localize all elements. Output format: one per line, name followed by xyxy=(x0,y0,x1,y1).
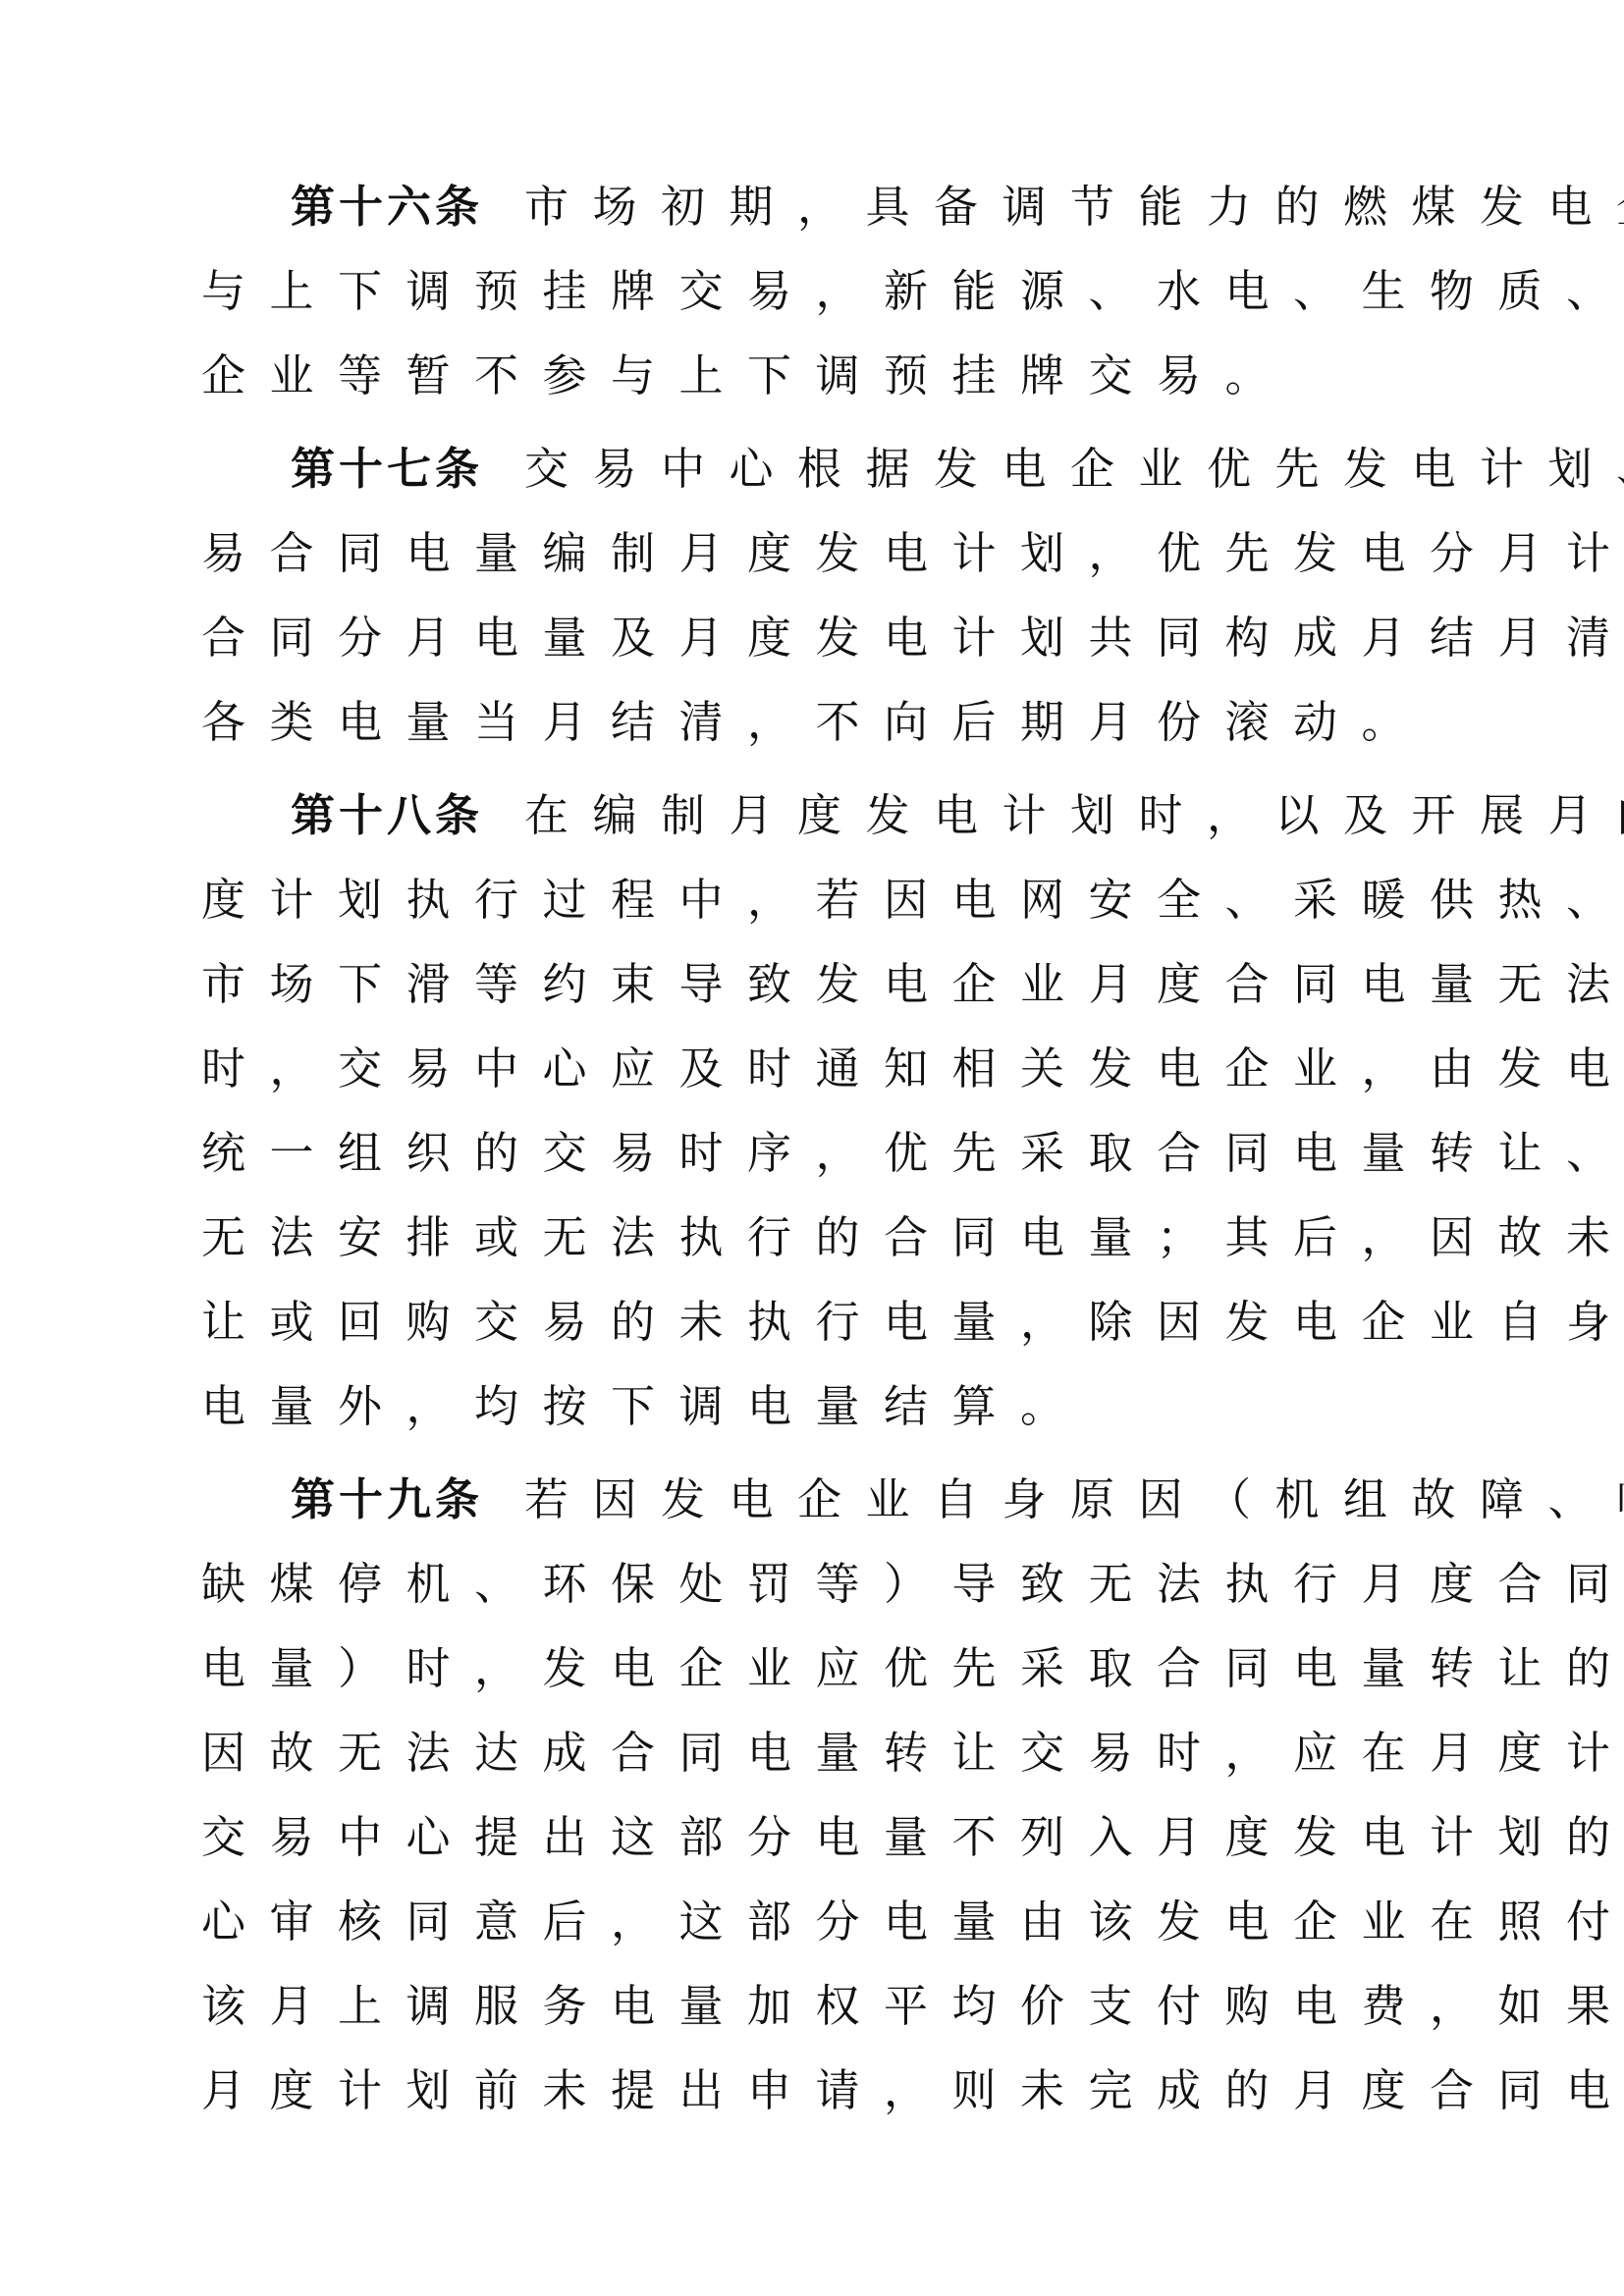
article-line: 电量外，均按下调电量结算。 xyxy=(201,1364,1440,1449)
article-line: 市场下滑等约束导致发电企业月度合同电量无法全额安排或执行 xyxy=(201,942,1440,1027)
article-19: 第十九条若因发电企业自身原因（机组故障、临时检修、 缺煤停机、环保处罚等）导致无… xyxy=(201,1458,1440,2133)
article-line: 统一组织的交易时序，优先采取合同电量转让、回购等方式处理 xyxy=(201,1111,1440,1196)
article-line: 让或回购交易的未执行电量，除因发电企业自身原因导致的少发 xyxy=(201,1280,1440,1364)
article-number: 第十八条 xyxy=(291,789,483,841)
article-line: 该月上调服务电量加权平均价支付购电费，如果发电企业在编制 xyxy=(201,1964,1440,2049)
article-line: 心审核同意后，这部分电量由该发电企业在照付不议基础上，按 xyxy=(201,1880,1440,1964)
article-line: 第十六条市场初期，具备调节能力的燃煤发电企业都须参 xyxy=(201,165,1440,249)
article-line: 与上下调预挂牌交易，新能源、水电、生物质、综合利用等发电 xyxy=(201,249,1440,334)
article-text: 若因发电企业自身原因（机组故障、临时检修、 xyxy=(524,1473,1624,1525)
article-line: 易合同电量编制月度发电计划，优先发电分月计划、市场化交易 xyxy=(201,511,1440,596)
article-16: 第十六条市场初期，具备调节能力的燃煤发电企业都须参 与上下调预挂牌交易，新能源、… xyxy=(201,165,1440,418)
article-18: 第十八条在编制月度发电计划时，以及开展月内交易后月 度计划执行过程中，若因电网安… xyxy=(201,774,1440,1449)
article-line: 企业等暂不参与上下调预挂牌交易。 xyxy=(201,334,1440,418)
article-text: 市场初期，具备调节能力的燃煤发电企业都须参 xyxy=(524,181,1624,233)
article-line: 第十八条在编制月度发电计划时，以及开展月内交易后月 xyxy=(201,774,1440,858)
article-line: 无法安排或无法执行的合同电量；其后，因故未达成合同电量转 xyxy=(201,1196,1440,1280)
article-number: 第十六条 xyxy=(291,181,483,233)
article-number: 第十七条 xyxy=(291,443,483,495)
article-line: 交易中心提出这部分电量不列入月度发电计划的申请，经交易中 xyxy=(201,1795,1440,1880)
article-line: 月度计划前未提出申请，则未完成的月度合同电量统一按少发电 xyxy=(201,2049,1440,2133)
article-line: 度计划执行过程中，若因电网安全、采暖供热、环保控煤、用电 xyxy=(201,858,1440,942)
article-text: 在编制月度发电计划时，以及开展月内交易后月 xyxy=(524,789,1624,841)
article-text: 交易中心根据发电企业优先发电计划、市场化交 xyxy=(524,443,1624,495)
article-line: 合同分月电量及月度发电计划共同构成月结月清结算依据。月度 xyxy=(201,596,1440,680)
article-line: 第十七条交易中心根据发电企业优先发电计划、市场化交 xyxy=(201,427,1440,511)
article-line: 因故无法达成合同电量转让交易时，应在月度计划编制前书面向 xyxy=(201,1711,1440,1795)
article-line: 缺煤停机、环保处罚等）导致无法执行月度合同电量（含优先发 xyxy=(201,1542,1440,1627)
document-page: 第十六条市场初期，具备调节能力的燃煤发电企业都须参 与上下调预挂牌交易，新能源、… xyxy=(201,165,1440,2142)
article-number: 第十九条 xyxy=(291,1473,483,1525)
article-line: 各类电量当月结清，不向后期月份滚动。 xyxy=(201,680,1440,765)
article-line: 第十九条若因发电企业自身原因（机组故障、临时检修、 xyxy=(201,1458,1440,1542)
article-line: 电量）时，发电企业应优先采取合同电量转让的方式进行处理。 xyxy=(201,1627,1440,1711)
article-line: 时，交易中心应及时通知相关发电企业，由发电企业按交易中心 xyxy=(201,1027,1440,1111)
article-17: 第十七条交易中心根据发电企业优先发电计划、市场化交 易合同电量编制月度发电计划，… xyxy=(201,427,1440,765)
